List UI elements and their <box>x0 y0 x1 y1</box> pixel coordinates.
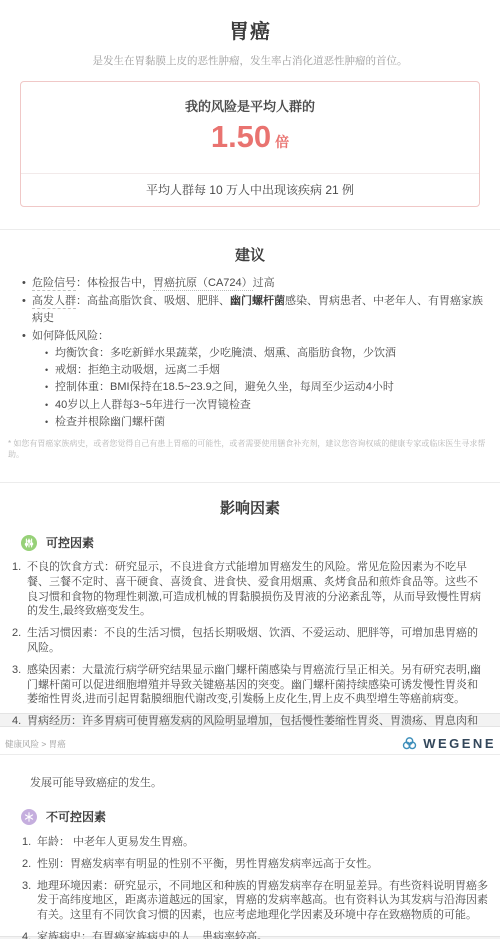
suggestion-high-risk-groups: 高发人群：高盐高脂饮食、吸烟、肥胖、幽门螺杆菌感染、胃病患者、中老年人、有胃癌家… <box>22 293 486 328</box>
item-number: 1. <box>12 560 27 619</box>
factor-item: 2. 生活习惯因素：不良的生活习惯，包括长期吸烟、饮酒、不爱运动、肥胖等，可增加… <box>12 626 500 656</box>
reduce-risk-label: 如何降低风险： <box>32 330 109 342</box>
uncontrollable-factors-list: 1. 年龄： 中老年人更易发生胃癌。 2. 性别：胃癌发病率有明显的性别不平衡，… <box>0 835 500 939</box>
snowflake-icon <box>21 809 37 825</box>
page-title: 胃癌 <box>0 0 500 44</box>
uncontrollable-factors-badge: 不可控因素 <box>21 808 500 825</box>
report-canvas: 胃癌 是发生在胃黏膜上皮的恶性肿瘤，发生率占消化道恶性肿瘤的首位。 我的风险是平… <box>0 0 500 939</box>
disclaimer-footnote: * 如您有胃癌家族病史，或者您觉得自己有患上胃癌的可能性，或者需要使用膳食补充剂… <box>8 438 486 460</box>
risk-value: 1.50倍 <box>21 117 479 163</box>
report-page-1: 胃癌 是发生在胃黏膜上皮的恶性肿瘤，发生率占消化道恶性肿瘤的首位。 我的风险是平… <box>0 0 500 713</box>
suggestions-list: 危险信号：体检报告中，胃癌抗原（CA724）过高 高发人群：高盐高脂饮食、吸烟、… <box>0 275 500 431</box>
suggestions-heading: 建议 <box>0 244 500 265</box>
item-number: 2. <box>12 626 27 656</box>
text-fragment: 过高 <box>253 277 275 289</box>
term-high-risk-groups: 高发人群 <box>32 295 76 309</box>
risk-multiplier-unit: 倍 <box>275 134 289 150</box>
page-number: 168 <box>0 693 500 703</box>
sub-item: 均衡饮食：多吃新鲜水果蔬菜，少吃腌渍、烟熏、高脂肪食物，少饮酒 <box>45 345 486 362</box>
report-page-2: 健康风险 > 胃癌 WEGENE 发展可能导致癌症的发生。 <box>0 727 500 936</box>
risk-multiplier-value: 1.50 <box>211 119 271 154</box>
breadcrumb: 健康风险 > 胃癌 <box>5 738 66 750</box>
separator: ： <box>76 277 87 289</box>
item-text: 不良的饮食方式：研究显示，不良进食方式能增加胃癌发生的风险。常见危险因素为不吃早… <box>27 560 500 619</box>
item-text: 生活习惯因素：不良的生活习惯，包括长期吸烟、饮酒、不爱运动、肥胖等，可增加患胃癌… <box>27 626 500 656</box>
term-helicobacter: 幽门螺杆菌 <box>230 295 285 307</box>
risk-card-label: 我的风险是平均人群的 <box>21 96 479 115</box>
factors-heading: 影响因素 <box>0 497 500 518</box>
uncontrollable-factors-label: 不可控因素 <box>46 808 106 825</box>
wegene-knot-icon <box>401 736 418 751</box>
wegene-logo-text: WEGENE <box>423 736 496 751</box>
item-number: 4. <box>22 930 37 939</box>
wegene-logo: WEGENE <box>401 736 496 751</box>
controllable-factors-badge: 可控因素 <box>21 534 500 551</box>
item-text: 性别：胃癌发病率有明显的性别不平衡，男性胃癌发病率远高于女性。 <box>37 857 500 872</box>
term-ca724: 胃癌抗原（CA724） <box>153 277 253 291</box>
text-fragment: 高盐高脂饮食、吸烟、肥胖、 <box>87 295 230 307</box>
population-baseline: 平均人群每 10 万人中出现该疾病 21 例 <box>21 174 479 206</box>
item-text: 地理环境因素：研究显示，不同地区和种族的胃癌发病率存在明显差异。有些资料说明胃癌… <box>37 879 500 923</box>
separator: ： <box>76 295 87 307</box>
reduce-risk-sublist: 均衡饮食：多吃新鲜水果蔬菜，少吃腌渍、烟熏、高脂肪食物，少饮酒 戒烟：拒绝主动吸… <box>32 345 486 431</box>
section-divider <box>0 229 500 230</box>
item-text: 家族病史：有胃癌家族病史的人，患病率较高。 <box>37 930 500 939</box>
factor-item: 1. 不良的饮食方式：研究显示，不良进食方式能增加胃癌发生的风险。常见危险因素为… <box>12 560 500 619</box>
factor-item: 3. 地理环境因素：研究显示，不同地区和种族的胃癌发病率存在明显差异。有些资料说… <box>22 879 500 923</box>
item-number: 1. <box>22 835 37 850</box>
continuation-text: 发展可能导致癌症的发生。 <box>30 776 486 791</box>
controllable-factors-label: 可控因素 <box>46 534 94 551</box>
factor-item: 1. 年龄： 中老年人更易发生胃癌。 <box>22 835 500 850</box>
text-fragment: 体检报告中， <box>87 277 153 289</box>
section-divider <box>0 482 500 483</box>
factor-item: 2. 性别：胃癌发病率有明显的性别不平衡，男性胃癌发病率远高于女性。 <box>22 857 500 872</box>
sub-item: 控制体重：BMI保持在18.5~23.9之间，避免久坐，每周至少运动4小时 <box>45 379 486 396</box>
page-header: 健康风险 > 胃癌 WEGENE <box>0 727 500 755</box>
item-number: 3. <box>22 879 37 923</box>
disease-description: 是发生在胃黏膜上皮的恶性肿瘤，发生率占消化道恶性肿瘤的首位。 <box>0 53 500 68</box>
suggestion-reduce-risk: 如何降低风险： 均衡饮食：多吃新鲜水果蔬菜，少吃腌渍、烟熏、高脂肪食物，少饮酒 … <box>22 328 486 432</box>
item-text: 年龄： 中老年人更易发生胃癌。 <box>37 835 500 850</box>
sub-item: 戒烟：拒绝主动吸烟，远离二手烟 <box>45 362 486 379</box>
item-number: 2. <box>22 857 37 872</box>
suggestion-danger-signal: 危险信号：体检报告中，胃癌抗原（CA724）过高 <box>22 275 486 293</box>
risk-card: 我的风险是平均人群的 1.50倍 平均人群每 10 万人中出现该疾病 21 例 <box>20 81 480 207</box>
factor-item: 4. 家族病史：有胃癌家族病史的人，患病率较高。 <box>22 930 500 939</box>
sub-item: 40岁以上人群每3~5年进行一次胃镜检查 <box>45 397 486 414</box>
term-danger-signal: 危险信号 <box>32 277 76 291</box>
sub-item: 检查并根除幽门螺杆菌 <box>45 414 486 431</box>
sliders-icon <box>21 535 37 551</box>
